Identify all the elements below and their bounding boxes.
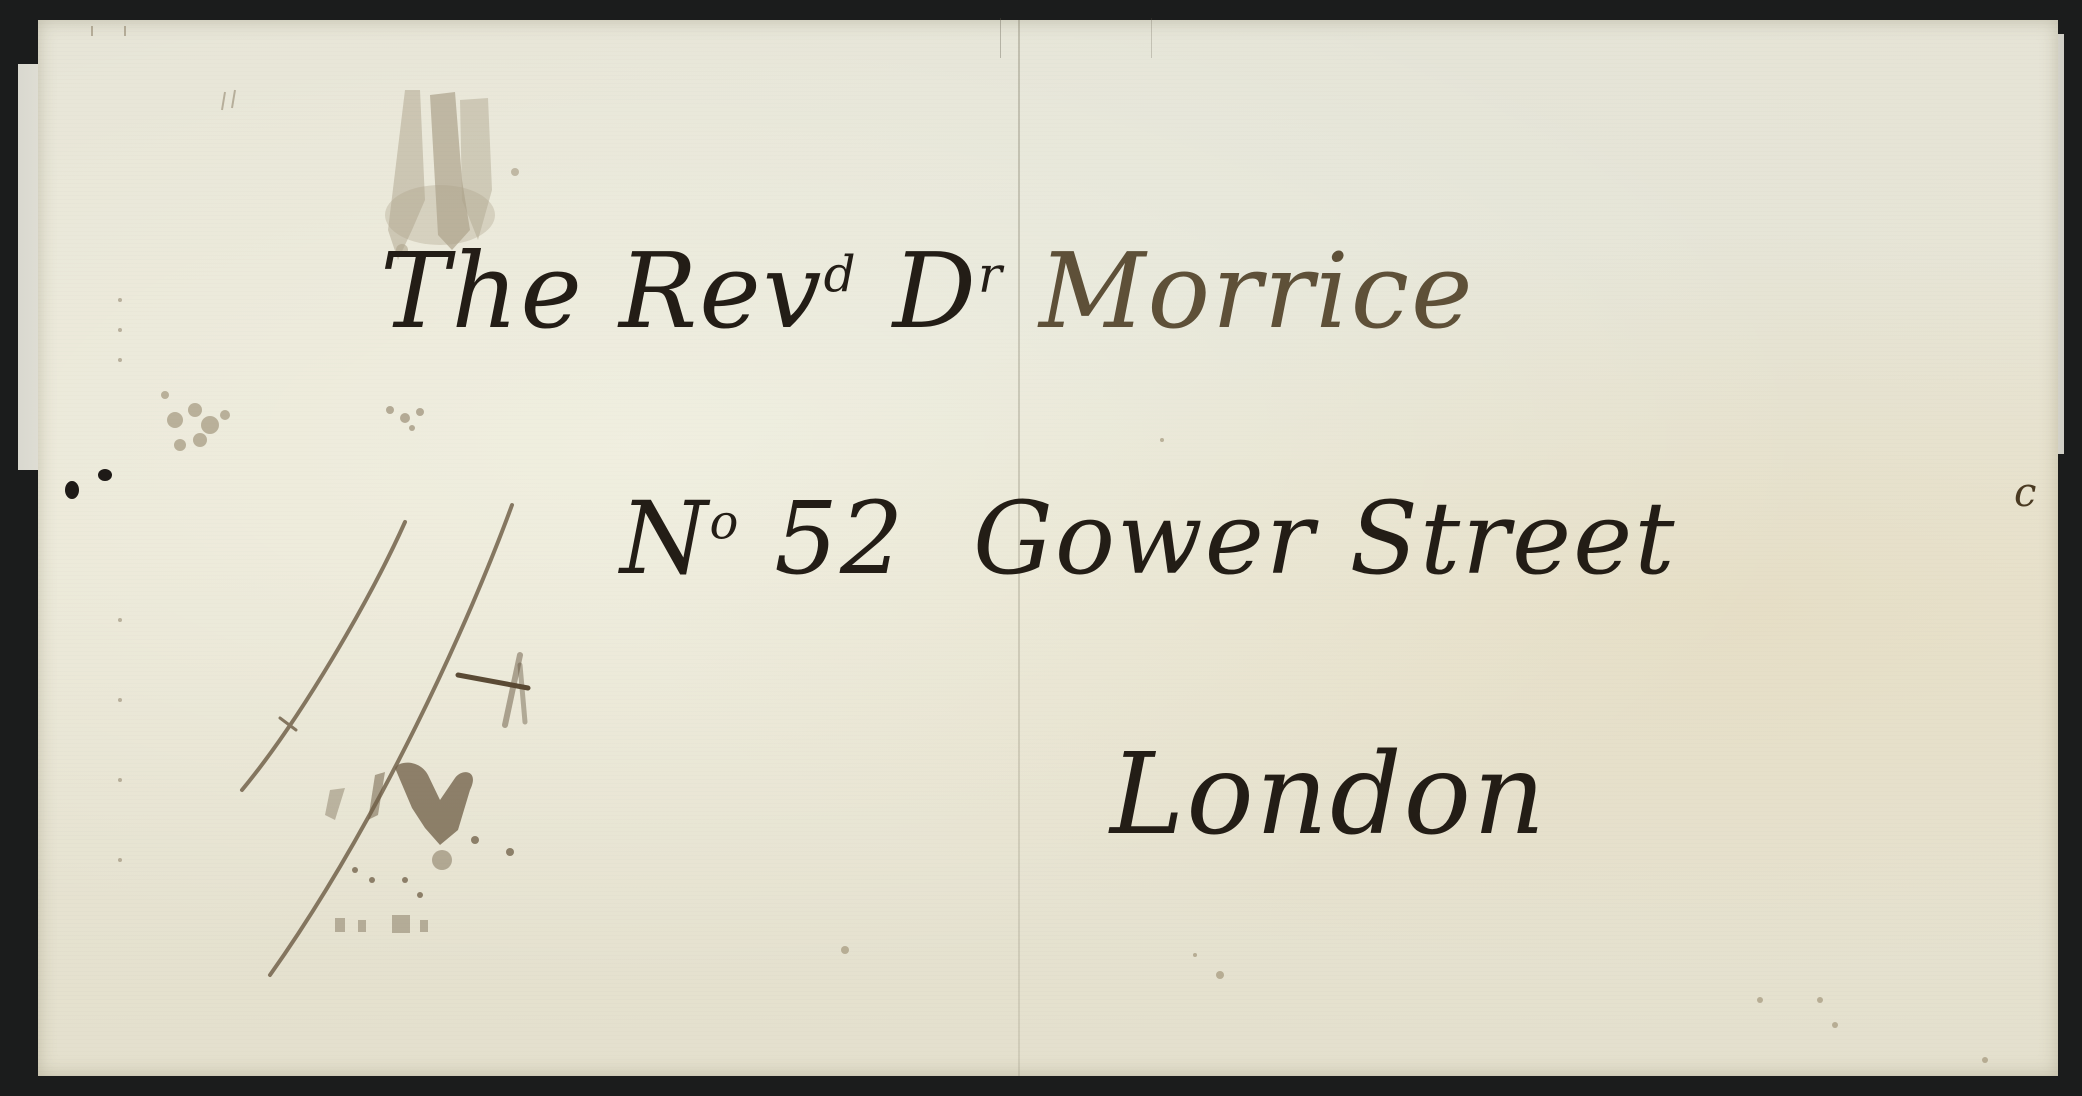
address-title: D: [893, 230, 978, 352]
city-name: London: [1110, 730, 1547, 860]
address-prefix-superscript: d: [824, 245, 858, 303]
address-prefix: The Rev: [380, 230, 824, 352]
address-line-recipient: The Revd Dr Morrice: [380, 230, 1475, 352]
house-number: 52: [774, 480, 905, 597]
document-scan: The Revd Dr Morrice No 52 Gower Street L…: [0, 0, 2082, 1096]
address-line-street: No 52 Gower Street: [620, 480, 1677, 597]
top-fold-tab: [1000, 18, 1152, 58]
number-prefix-superscript: o: [710, 495, 741, 551]
edge-fragment-letter: c: [2014, 470, 2036, 516]
address-title-superscript: r: [978, 245, 1004, 303]
address-line-city: London: [1110, 730, 1547, 860]
recipient-name: Morrice: [1039, 230, 1475, 352]
street-name: Gower Street: [973, 480, 1677, 597]
number-prefix: N: [620, 480, 710, 597]
